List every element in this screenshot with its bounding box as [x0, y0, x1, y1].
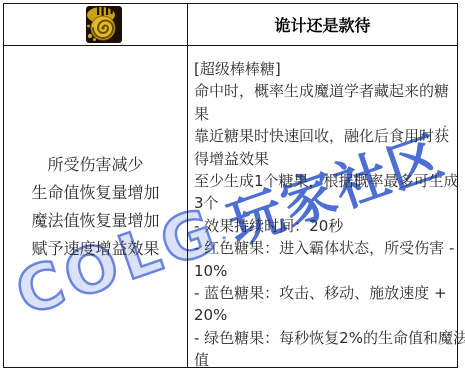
description-line: 10%	[194, 260, 455, 282]
effect-line: 生命值恢复量增加	[31, 179, 159, 207]
description-cell: [超级棒棒糖]命中时，概率生成魔道学者藏起来的糖果靠近糖果时快速回收，融化后食用…	[188, 46, 457, 367]
description-line: 得增益效果	[194, 148, 455, 170]
description-line: 值	[194, 349, 455, 371]
skill-info-table: 诡计还是款待 所受伤害减少生命值恢复量增加魔法值恢复量增加赋予速度增益效果 [超…	[3, 3, 458, 368]
description-line: [超级棒棒糖]	[194, 58, 455, 80]
lollipop-swirl-icon	[86, 6, 122, 43]
description-line: 20%	[194, 304, 455, 326]
effect-summary-cell: 所受伤害减少生命值恢复量增加魔法值恢复量增加赋予速度增益效果	[4, 46, 187, 367]
description-line: 至少生成1个糖果，根据概率最多可生成	[194, 170, 455, 192]
page: COLG 玩家社区	[0, 0, 465, 375]
description-line: - 蓝色糖果：攻击、移动、施放速度 +	[194, 282, 455, 304]
skill-icon-cell	[4, 4, 187, 45]
description-line: - 效果持续时间：20秒	[194, 215, 455, 237]
description-line: 果	[194, 103, 455, 125]
description-line: 命中时，概率生成魔道学者藏起来的糖	[194, 80, 455, 102]
skill-title: 诡计还是款待	[188, 4, 457, 45]
description-line: 靠近糖果时快速回收，融化后食用时获	[194, 125, 455, 147]
effect-line: 所受伤害减少	[47, 151, 143, 179]
description-line: - 红色糖果：进入霸体状态，所受伤害 -	[194, 237, 455, 259]
description-line: - 绿色糖果：每秒恢复2%的生命值和魔法	[194, 327, 455, 349]
effect-line: 魔法值恢复量增加	[31, 207, 159, 235]
description-line: 3个	[194, 192, 455, 214]
effect-line: 赋予速度增益效果	[31, 235, 159, 263]
